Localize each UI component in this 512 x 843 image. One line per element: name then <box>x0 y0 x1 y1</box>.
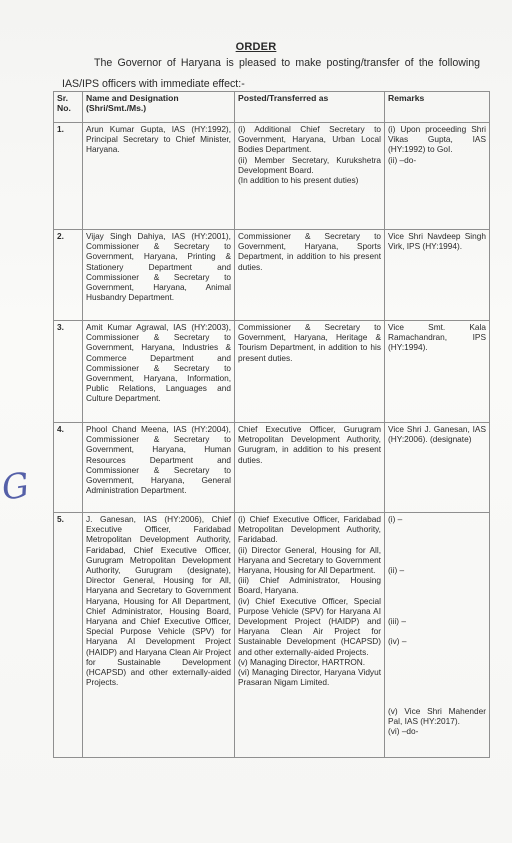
remark-item: (i) Upon proceeding Shri Vikas Gupta, IA… <box>388 124 486 155</box>
posted-item: (iii) Chief Administrator, Housing Board… <box>238 575 381 595</box>
posted-item: Commissioner & Secretary to Government, … <box>238 231 381 272</box>
row-posted: (i) Additional Chief Secretary to Govern… <box>235 123 385 230</box>
postings-table: Sr. No. Name and Designation (Shri/Smt./… <box>53 91 490 758</box>
order-title: ORDER <box>0 41 512 53</box>
row-name-designation: J. Ganesan, IAS (HY:2006), Chief Executi… <box>83 513 235 758</box>
remark-item: Vice Smt. Kala Ramachandran, IPS (HY:199… <box>388 322 486 353</box>
table-row: 1. Arun Kumar Gupta, IAS (HY:1992), Prin… <box>54 123 490 230</box>
header-name-designation: Name and Designation (Shri/Smt./Ms.) <box>83 92 235 123</box>
remark-item: (ii) –do- <box>388 155 486 165</box>
posted-item: (iv) Chief Executive Officer, Special Pu… <box>238 596 381 657</box>
remark-item: Vice Shri Navdeep Singh Virk, IPS (HY:19… <box>388 231 486 251</box>
row-name-designation: Arun Kumar Gupta, IAS (HY:1992), Princip… <box>83 123 235 230</box>
posted-item: (ii) Member Secretary, Kurukshetra Devel… <box>238 155 381 175</box>
posted-item: (v) Managing Director, HARTRON. <box>238 657 381 667</box>
posted-item: Chief Executive Officer, Gurugram Metrop… <box>238 424 381 465</box>
posted-item: (vi) Managing Director, Haryana Vidyut P… <box>238 667 381 687</box>
row-posted: Commissioner & Secretary to Government, … <box>235 321 385 423</box>
posted-item: (In addition to his present duties) <box>238 175 381 185</box>
posted-item: (i) Chief Executive Officer, Faridabad M… <box>238 514 381 545</box>
posted-item: Commissioner & Secretary to Government, … <box>238 322 381 363</box>
row-remarks: (i) Upon proceeding Shri Vikas Gupta, IA… <box>385 123 490 230</box>
row-sr-no: 1. <box>54 123 83 230</box>
row-name-designation: Phool Chand Meena, IAS (HY:2004), Commis… <box>83 423 235 513</box>
posted-item: (ii) Director General, Housing for All, … <box>238 545 381 576</box>
row-sr-no: 4. <box>54 423 83 513</box>
table-row: 4. Phool Chand Meena, IAS (HY:2004), Com… <box>54 423 490 513</box>
row-remarks: Vice Shri J. Ganesan, IAS (HY:2006). (de… <box>385 423 490 513</box>
posted-item: (i) Additional Chief Secretary to Govern… <box>238 124 381 155</box>
table-row: 3. Amit Kumar Agrawal, IAS (HY:2003), Co… <box>54 321 490 423</box>
row-posted: Commissioner & Secretary to Government, … <box>235 230 385 321</box>
row-sr-no: 5. <box>54 513 83 758</box>
row-name-designation: Vijay Singh Dahiya, IAS (HY:2001), Commi… <box>83 230 235 321</box>
row-sr-no: 2. <box>54 230 83 321</box>
row-posted: (i) Chief Executive Officer, Faridabad M… <box>235 513 385 758</box>
row-posted: Chief Executive Officer, Gurugram Metrop… <box>235 423 385 513</box>
header-sr-no: Sr. No. <box>54 92 83 123</box>
header-remarks: Remarks <box>385 92 490 123</box>
handwritten-mark: G <box>0 468 31 505</box>
table-row: 5. J. Ganesan, IAS (HY:2006), Chief Exec… <box>54 513 490 758</box>
table-row: 2. Vijay Singh Dahiya, IAS (HY:2001), Co… <box>54 230 490 321</box>
remark-item: (ii) – <box>388 565 486 616</box>
remark-item: (iii) – <box>388 616 486 636</box>
remark-item: (v) Vice Shri Mahender Pal, IAS (HY:2017… <box>388 706 486 726</box>
row-name-designation: Amit Kumar Agrawal, IAS (HY:2003), Commi… <box>83 321 235 423</box>
header-posted-transferred: Posted/Transferred as <box>235 92 385 123</box>
row-remarks: (i) – (ii) – (iii) – (iv) – (v) Vice Shr… <box>385 513 490 758</box>
remark-item: (iv) – <box>388 636 486 706</box>
remark-item: (vi) –do- <box>388 726 486 736</box>
remark-item: (i) – <box>388 514 486 565</box>
table-header-row: Sr. No. Name and Designation (Shri/Smt./… <box>54 92 490 123</box>
row-remarks: Vice Smt. Kala Ramachandran, IPS (HY:199… <box>385 321 490 423</box>
row-sr-no: 3. <box>54 321 83 423</box>
order-intro-paragraph: The Governor of Haryana is pleased to ma… <box>62 53 480 95</box>
row-remarks: Vice Shri Navdeep Singh Virk, IPS (HY:19… <box>385 230 490 321</box>
remark-item: Vice Shri J. Ganesan, IAS (HY:2006). (de… <box>388 424 486 444</box>
